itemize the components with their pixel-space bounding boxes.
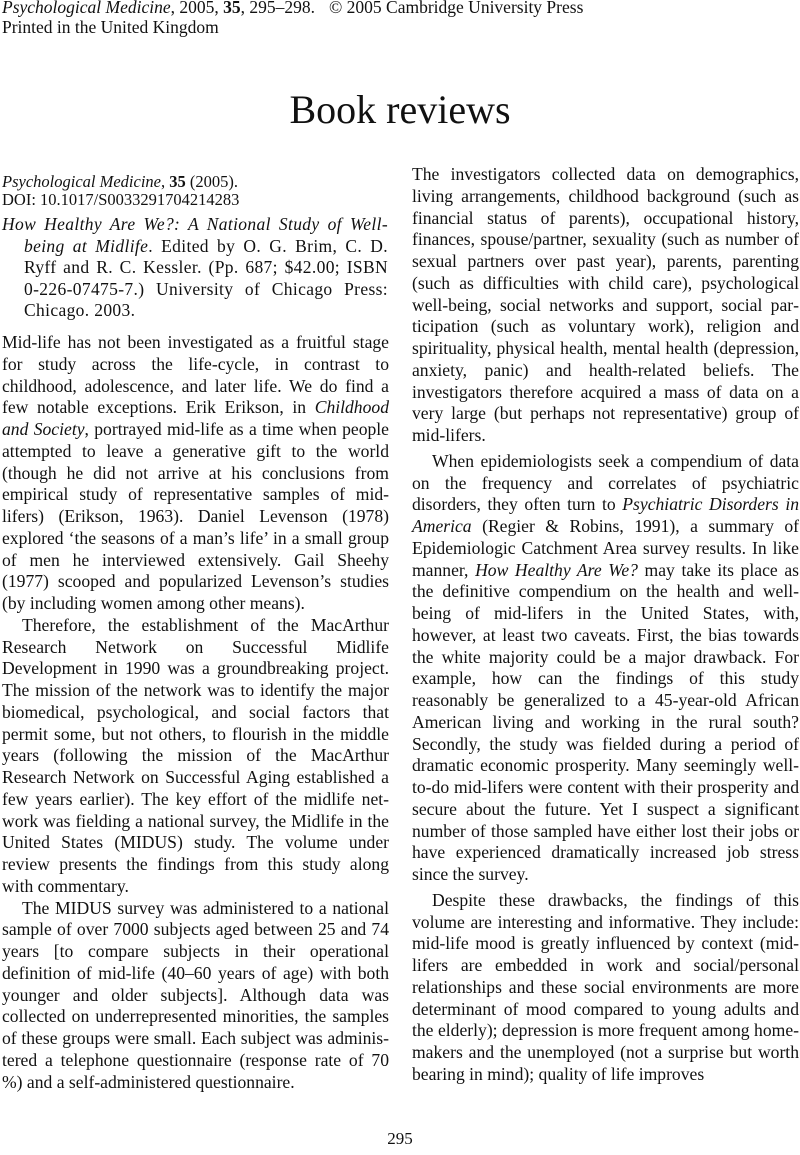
cited-book-title: How Healthy Are We? — [475, 560, 638, 580]
left-column: Mid-life has not been investigated as a … — [2, 332, 389, 1093]
journal-year: , 2005, — [171, 0, 224, 17]
book-reference: How Healthy Are We?: A National Study of… — [2, 214, 388, 322]
printed-line: Printed in the United Kingdom — [2, 17, 583, 37]
journal-name: Psychological Medicine — [2, 0, 171, 17]
paragraph: When epidemiologists seek a compendium o… — [412, 451, 799, 886]
citation-year: (2005). — [186, 172, 238, 191]
paragraph: The investigators collected data on demo… — [412, 164, 799, 447]
paragraph: The MIDUS survey was administered to a n… — [2, 898, 389, 1094]
text-run: may take its place as the definitive com… — [412, 560, 799, 885]
text-run: , portrayed mid-life as a time when peop… — [2, 419, 389, 613]
paragraph: Despite these drawbacks, the findings of… — [412, 890, 799, 1086]
citation-journal: Psychological Medicine — [2, 172, 161, 191]
review-citation: Psychological Medicine, 35 (2005). DOI: … — [2, 173, 239, 209]
doi: DOI: 10.1017/S0033291704214283 — [2, 191, 239, 209]
journal-pages: , 295–298. — [241, 0, 315, 17]
paragraph: Mid-life has not been investigated as a … — [2, 332, 389, 615]
copyright: © 2005 Cambridge University Press — [329, 0, 583, 17]
page-number: 295 — [0, 1129, 800, 1149]
section-title: Book reviews — [0, 86, 800, 134]
paragraph: Therefore, the establishment of the Mac­… — [2, 615, 389, 898]
citation-volume: 35 — [169, 172, 186, 191]
journal-volume: 35 — [223, 0, 241, 17]
right-column: The investigators collected data on demo… — [412, 164, 799, 1086]
running-head: Psychological Medicine, 2005, 35, 295–29… — [2, 0, 583, 37]
journal-line: Psychological Medicine, 2005, 35, 295–29… — [2, 0, 583, 17]
